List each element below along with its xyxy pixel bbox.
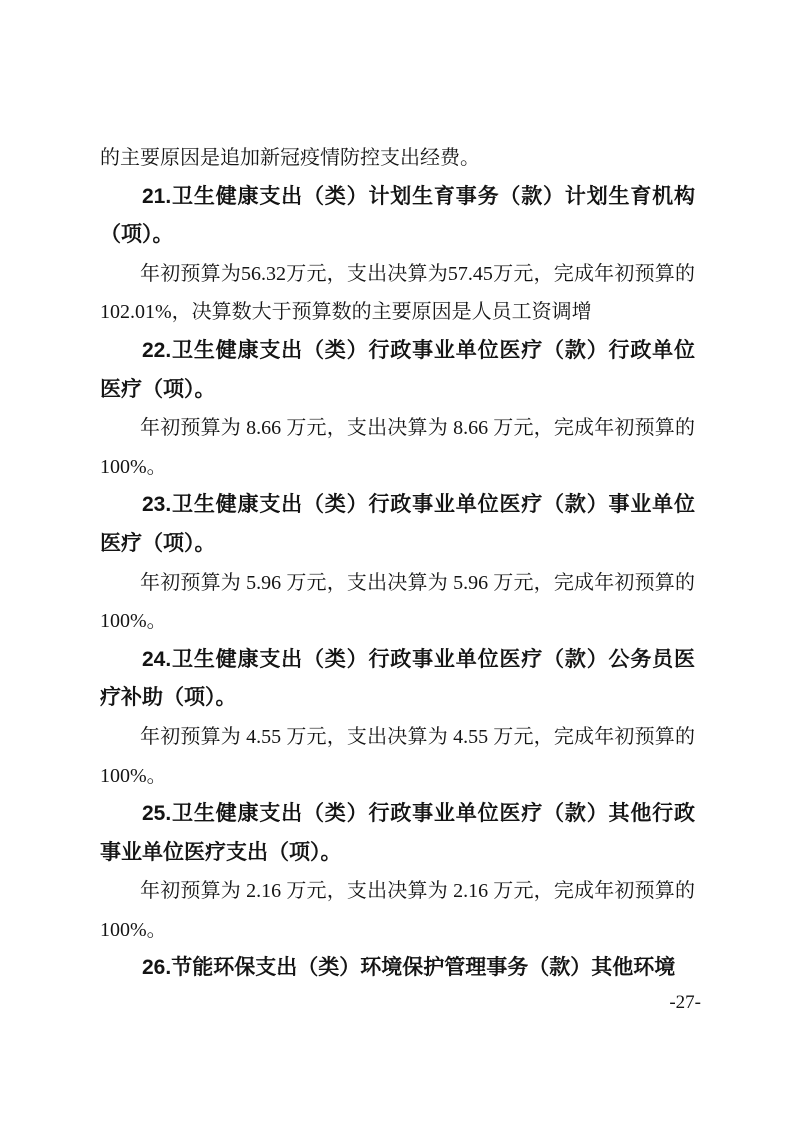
page-number: -27-: [669, 989, 701, 1017]
heading-item-24: 24.卫生健康支出（类）行政事业单位医疗（款）公务员医疗补助（项）。: [100, 641, 695, 718]
heading-item-26: 26.节能环保支出（类）环境保护管理事务（款）其他环境: [100, 949, 695, 988]
paragraph-item-23-detail: 年初预算为 5.96 万元，支出决算为 5.96 万元，完成年初预算的100%。: [100, 564, 695, 641]
paragraph-item-22-detail: 年初预算为 8.66 万元，支出决算为 8.66 万元，完成年初预算的100%。: [100, 409, 695, 486]
heading-item-21: 21.卫生健康支出（类）计划生育事务（款）计划生育机构（项）。: [100, 178, 695, 255]
heading-item-22: 22.卫生健康支出（类）行政事业单位医疗（款）行政单位医疗（项）。: [100, 332, 695, 409]
paragraph-item-25-detail: 年初预算为 2.16 万元，支出决算为 2.16 万元，完成年初预算的100%。: [100, 872, 695, 949]
paragraph-item-21-detail: 年初预算为56.32万元，支出决算为57.45万元，完成年初预算的102.01%…: [100, 255, 695, 332]
heading-item-23: 23.卫生健康支出（类）行政事业单位医疗（款）事业单位医疗（项）。: [100, 486, 695, 563]
document-page: 的主要原因是追加新冠疫情防控支出经费。 21.卫生健康支出（类）计划生育事务（款…: [0, 0, 793, 1122]
document-content: 的主要原因是追加新冠疫情防控支出经费。 21.卫生健康支出（类）计划生育事务（款…: [100, 139, 695, 988]
heading-item-25: 25.卫生健康支出（类）行政事业单位医疗（款）其他行政事业单位医疗支出（项）。: [100, 795, 695, 872]
paragraph-continuation: 的主要原因是追加新冠疫情防控支出经费。: [100, 139, 695, 178]
paragraph-item-24-detail: 年初预算为 4.55 万元，支出决算为 4.55 万元，完成年初预算的100%。: [100, 718, 695, 795]
